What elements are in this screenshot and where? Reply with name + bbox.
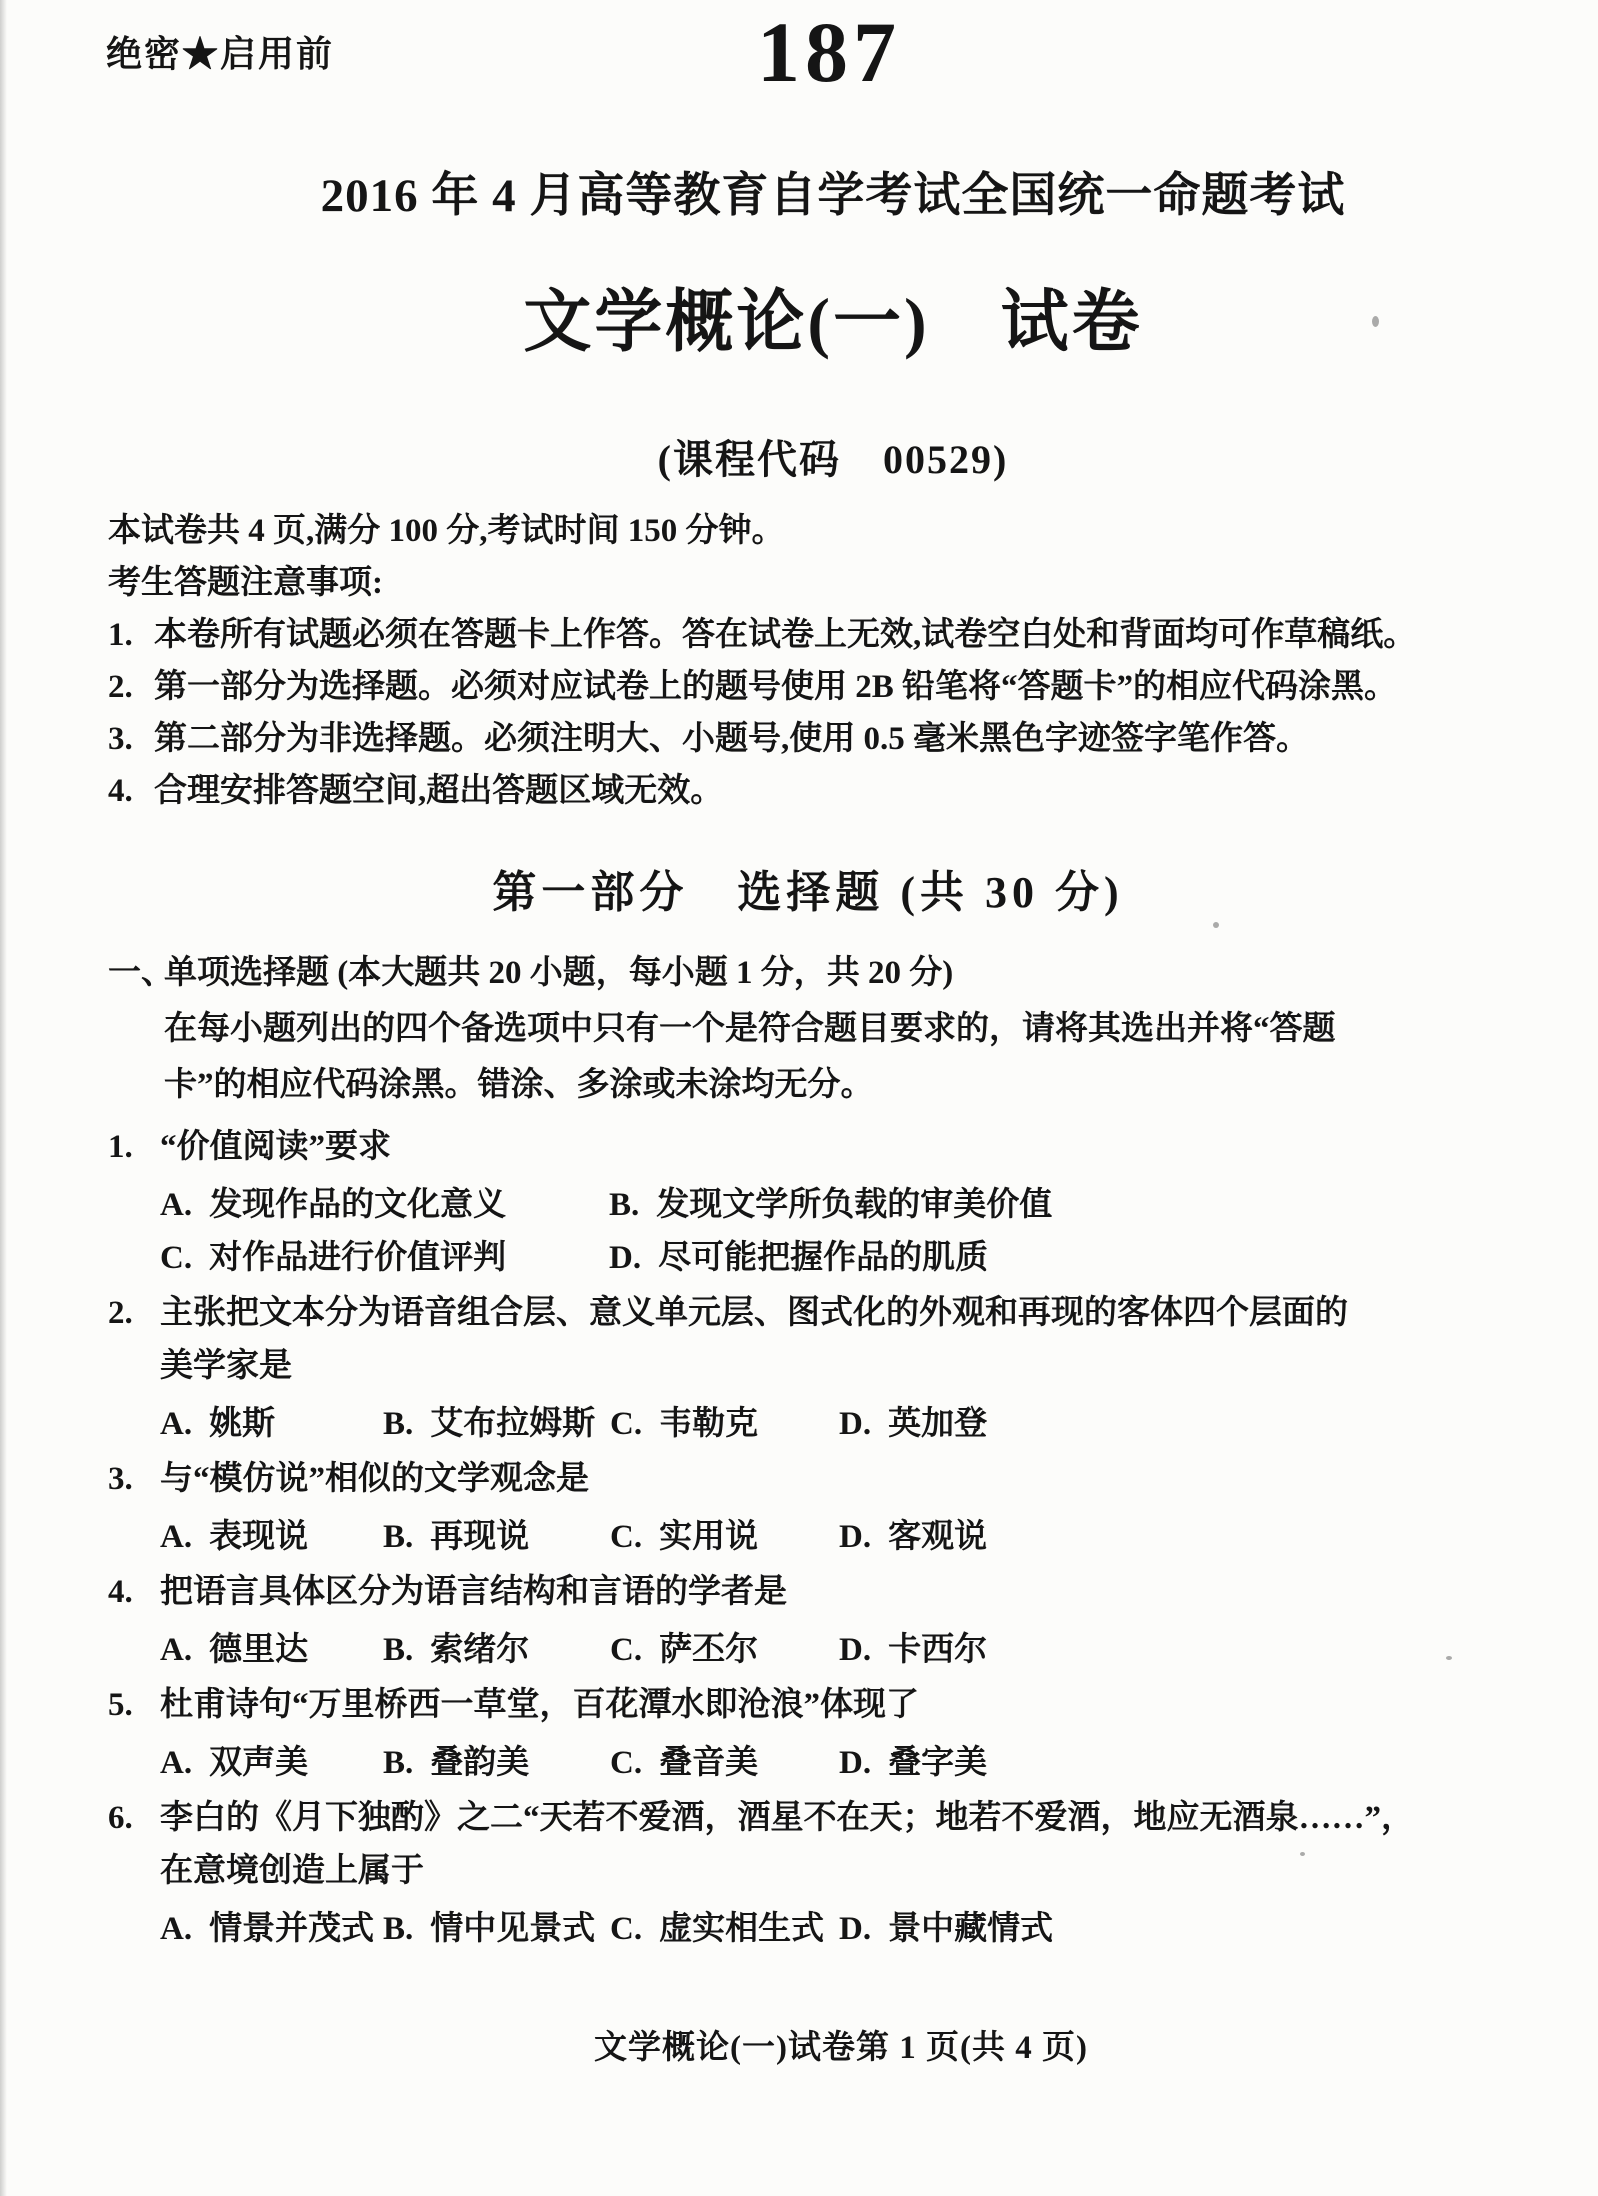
option-label: B. [383, 1632, 413, 1668]
option-b: B.索绪尔 [383, 1624, 610, 1677]
scan-edge-shadow [0, 0, 7, 2196]
scan-speck [492, 1244, 497, 1248]
option-c: C.叠音美 [610, 1737, 839, 1790]
question-number: 1. [108, 1121, 160, 1174]
option-label: B. [383, 1911, 413, 1947]
option-text: 情景并茂式 [209, 1911, 374, 1947]
note-item: 2. 第一部分为选择题。必须对应试卷上的题号使用 2B 铅笔将“答题卡”的相应代… [108, 661, 1508, 713]
question-number: 5. [108, 1679, 160, 1732]
option-text: 发现作品的文化意义 [209, 1187, 506, 1223]
option-a: A.双声美 [160, 1737, 383, 1790]
note-number: 3. [108, 713, 154, 765]
option-c: C.对作品进行价值评判 [160, 1232, 609, 1285]
option-grid: A.发现作品的文化意义 B.发现文学所负载的审美价值 C.对作品进行价值评判 D… [160, 1179, 1508, 1285]
paper-body: 本试卷共 4 页,满分 100 分,考试时间 150 分钟。 考生答题注意事项:… [108, 505, 1508, 1956]
exam-paper-page: 绝密★启用前 187 2016 年 4 月高等教育自学考试全国统一命题考试 文学… [0, 0, 1598, 2196]
note-number: 2. [108, 661, 154, 713]
option-text: 叠字美 [888, 1745, 987, 1781]
option-text: 姚斯 [209, 1406, 275, 1442]
notes-heading: 考生答题注意事项: [108, 557, 1508, 609]
option-c: C.虚实相生式 [610, 1903, 839, 1956]
option-label: D. [839, 1745, 871, 1781]
option-label: D. [839, 1632, 871, 1668]
option-text: 索绪尔 [430, 1632, 529, 1668]
question-stem: 把语言具体区分为语言结构和言语的学者是 [160, 1566, 787, 1619]
option-text: 再现说 [430, 1519, 529, 1555]
option-label: C. [610, 1745, 642, 1781]
option-text: 发现文学所负载的审美价值 [656, 1187, 1052, 1223]
option-a: A.表现说 [160, 1511, 383, 1564]
note-number: 1. [108, 609, 154, 661]
option-text: 卡西尔 [888, 1632, 987, 1668]
section-heading: 第一部分 选择题 (共 30 分) [108, 863, 1508, 923]
option-text: 表现说 [209, 1519, 308, 1555]
note-text: 第二部分为非选择题。必须注明大、小题号,使用 0.5 毫米黑色字迹签字笔作答。 [154, 713, 1309, 765]
exam-session-title: 2016 年 4 月高等教育自学考试全国统一命题考试 [34, 158, 1598, 225]
question-3: 3. 与“模仿说”相似的文学观念是 A.表现说 B.再现说 C.实用说 D.客观… [108, 1453, 1508, 1564]
option-text: 客观说 [888, 1519, 987, 1555]
option-d: D.卡西尔 [839, 1624, 1508, 1677]
option-label: C. [610, 1519, 642, 1555]
question-stem: 李白的《月下独酌》之二“天若不爱酒，酒星不在天；地若不爱酒，地应无酒泉……”， [160, 1792, 1414, 1845]
scan-speck [1300, 1852, 1305, 1856]
question-1: 1. “价值阅读”要求 A.发现作品的文化意义 B.发现文学所负载的审美价值 C… [108, 1121, 1508, 1285]
question-list: 1. “价值阅读”要求 A.发现作品的文化意义 B.发现文学所负载的审美价值 C… [108, 1121, 1508, 1956]
section-intro: 一、 单项选择题 (本大题共 20 小题，每小题 1 分，共 20 分) 在每小… [108, 945, 1508, 1113]
intro-text: 单项选择题 (本大题共 20 小题，每小题 1 分，共 20 分) [164, 945, 953, 1001]
question-number: 2. [108, 1287, 160, 1340]
question-6: 6. 李白的《月下独酌》之二“天若不爱酒，酒星不在天；地若不爱酒，地应无酒泉……… [108, 1792, 1508, 1956]
option-text: 景中藏情式 [888, 1911, 1053, 1947]
question-stem: 主张把文本分为语音组合层、意义单元层、图式化的外观和再现的客体四个层面的 [160, 1287, 1348, 1340]
course-code: (课程代码 00529) [34, 428, 1598, 485]
option-label: B. [383, 1745, 413, 1781]
option-label: C. [610, 1406, 642, 1442]
scan-speck [1372, 316, 1379, 327]
question-2: 2. 主张把文本分为语音组合层、意义单元层、图式化的外观和再现的客体四个层面的 … [108, 1287, 1508, 1451]
option-a: A.姚斯 [160, 1398, 383, 1451]
option-b: B.艾布拉姆斯 [383, 1398, 610, 1451]
option-text: 萨丕尔 [659, 1632, 758, 1668]
note-number: 4. [108, 765, 154, 817]
question-5: 5. 杜甫诗句“万里桥西一草堂，百花潭水即沧浪”体现了 A.双声美 B.叠韵美 … [108, 1679, 1508, 1790]
option-c: C.实用说 [610, 1511, 839, 1564]
option-label: A. [160, 1406, 192, 1442]
question-4: 4. 把语言具体区分为语言结构和言语的学者是 A.德里达 B.索绪尔 C.萨丕尔… [108, 1566, 1508, 1677]
option-text: 双声美 [209, 1745, 308, 1781]
option-d: D.英加登 [839, 1398, 1508, 1451]
option-a: A.发现作品的文化意义 [160, 1179, 609, 1232]
scan-speck [1213, 922, 1219, 928]
option-label: A. [160, 1187, 192, 1223]
note-text: 合理安排答题空间,超出答题区域无效。 [154, 765, 723, 817]
page-footer: 文学概论(一)试卷第 1 页(共 4 页) [42, 2021, 1598, 2068]
note-text: 本卷所有试题必须在答题卡上作答。答在试卷上无效,试卷空白处和背面均可作草稿纸。 [154, 609, 1416, 661]
question-stem-continuation: 在意境创造上属于 [160, 1845, 1508, 1898]
question-number: 6. [108, 1792, 160, 1845]
option-label: D. [609, 1240, 641, 1276]
question-stem-continuation: 美学家是 [160, 1340, 1508, 1393]
intro-continuation: 卡”的相应代码涂黑。错涂、多涂或未涂均无分。 [164, 1057, 1508, 1113]
option-text: 叠韵美 [430, 1745, 529, 1781]
option-grid: A.双声美 B.叠韵美 C.叠音美 D.叠字美 [160, 1737, 1508, 1790]
scan-speck [1446, 1656, 1452, 1660]
question-number: 4. [108, 1566, 160, 1619]
option-label: C. [610, 1911, 642, 1947]
option-label: D. [839, 1911, 871, 1947]
intro-marker: 一、 [108, 945, 164, 1001]
option-text: 叠音美 [659, 1745, 758, 1781]
option-label: D. [839, 1406, 871, 1442]
question-stem: 杜甫诗句“万里桥西一草堂，百花潭水即沧浪”体现了 [160, 1679, 919, 1732]
option-text: 实用说 [659, 1519, 758, 1555]
option-label: C. [610, 1632, 642, 1668]
option-text: 德里达 [209, 1632, 308, 1668]
option-d: D.景中藏情式 [839, 1903, 1508, 1956]
note-item: 3. 第二部分为非选择题。必须注明大、小题号,使用 0.5 毫米黑色字迹签字笔作… [108, 713, 1508, 765]
option-grid: A.情景并茂式 B.情中见景式 C.虚实相生式 D.景中藏情式 [160, 1903, 1508, 1956]
question-stem: 与“模仿说”相似的文学观念是 [160, 1453, 589, 1506]
option-text: 尽可能把握作品的肌质 [658, 1240, 988, 1276]
option-text: 情中见景式 [430, 1911, 595, 1947]
note-text: 第一部分为选择题。必须对应试卷上的题号使用 2B 铅笔将“答题卡”的相应代码涂黑… [154, 661, 1397, 713]
option-label: A. [160, 1519, 192, 1555]
option-d: D.客观说 [839, 1511, 1508, 1564]
option-text: 韦勒克 [659, 1406, 758, 1442]
option-text: 艾布拉姆斯 [430, 1406, 595, 1442]
option-b: B.情中见景式 [383, 1903, 610, 1956]
note-item: 1. 本卷所有试题必须在答题卡上作答。答在试卷上无效,试卷空白处和背面均可作草稿… [108, 609, 1508, 661]
option-label: A. [160, 1745, 192, 1781]
question-number: 3. [108, 1453, 160, 1506]
option-b: B.发现文学所负载的审美价值 [609, 1179, 1508, 1232]
option-text: 对作品进行价值评判 [209, 1240, 506, 1276]
option-d: D.尽可能把握作品的肌质 [609, 1232, 1508, 1285]
option-label: D. [839, 1519, 871, 1555]
option-b: B.再现说 [383, 1511, 610, 1564]
option-label: A. [160, 1911, 192, 1947]
option-b: B.叠韵美 [383, 1737, 610, 1790]
option-label: A. [160, 1632, 192, 1668]
option-a: A.德里达 [160, 1624, 383, 1677]
intro-continuation: 在每小题列出的四个备选项中只有一个是符合题目要求的，请将其选出并将“答题 [164, 1001, 1508, 1057]
paper-title: 文学概论(一) 试卷 [34, 268, 1598, 365]
note-item: 4. 合理安排答题空间,超出答题区域无效。 [108, 765, 1508, 817]
option-grid: A.姚斯 B.艾布拉姆斯 C.韦勒克 D.英加登 [160, 1398, 1508, 1451]
option-text: 英加登 [888, 1406, 987, 1442]
option-label: C. [160, 1240, 192, 1276]
paper-summary: 本试卷共 4 页,满分 100 分,考试时间 150 分钟。 [108, 505, 1508, 557]
option-label: B. [609, 1187, 639, 1223]
option-a: A.情景并茂式 [160, 1903, 383, 1956]
paper-number: 187 [30, 2, 1598, 102]
option-c: C.韦勒克 [610, 1398, 839, 1451]
option-d: D.叠字美 [839, 1737, 1508, 1790]
option-grid: A.德里达 B.索绪尔 C.萨丕尔 D.卡西尔 [160, 1624, 1508, 1677]
option-label: B. [383, 1519, 413, 1555]
question-stem: “价值阅读”要求 [160, 1121, 391, 1174]
option-label: B. [383, 1406, 413, 1442]
option-grid: A.表现说 B.再现说 C.实用说 D.客观说 [160, 1511, 1508, 1564]
option-c: C.萨丕尔 [610, 1624, 839, 1677]
option-text: 虚实相生式 [659, 1911, 824, 1947]
